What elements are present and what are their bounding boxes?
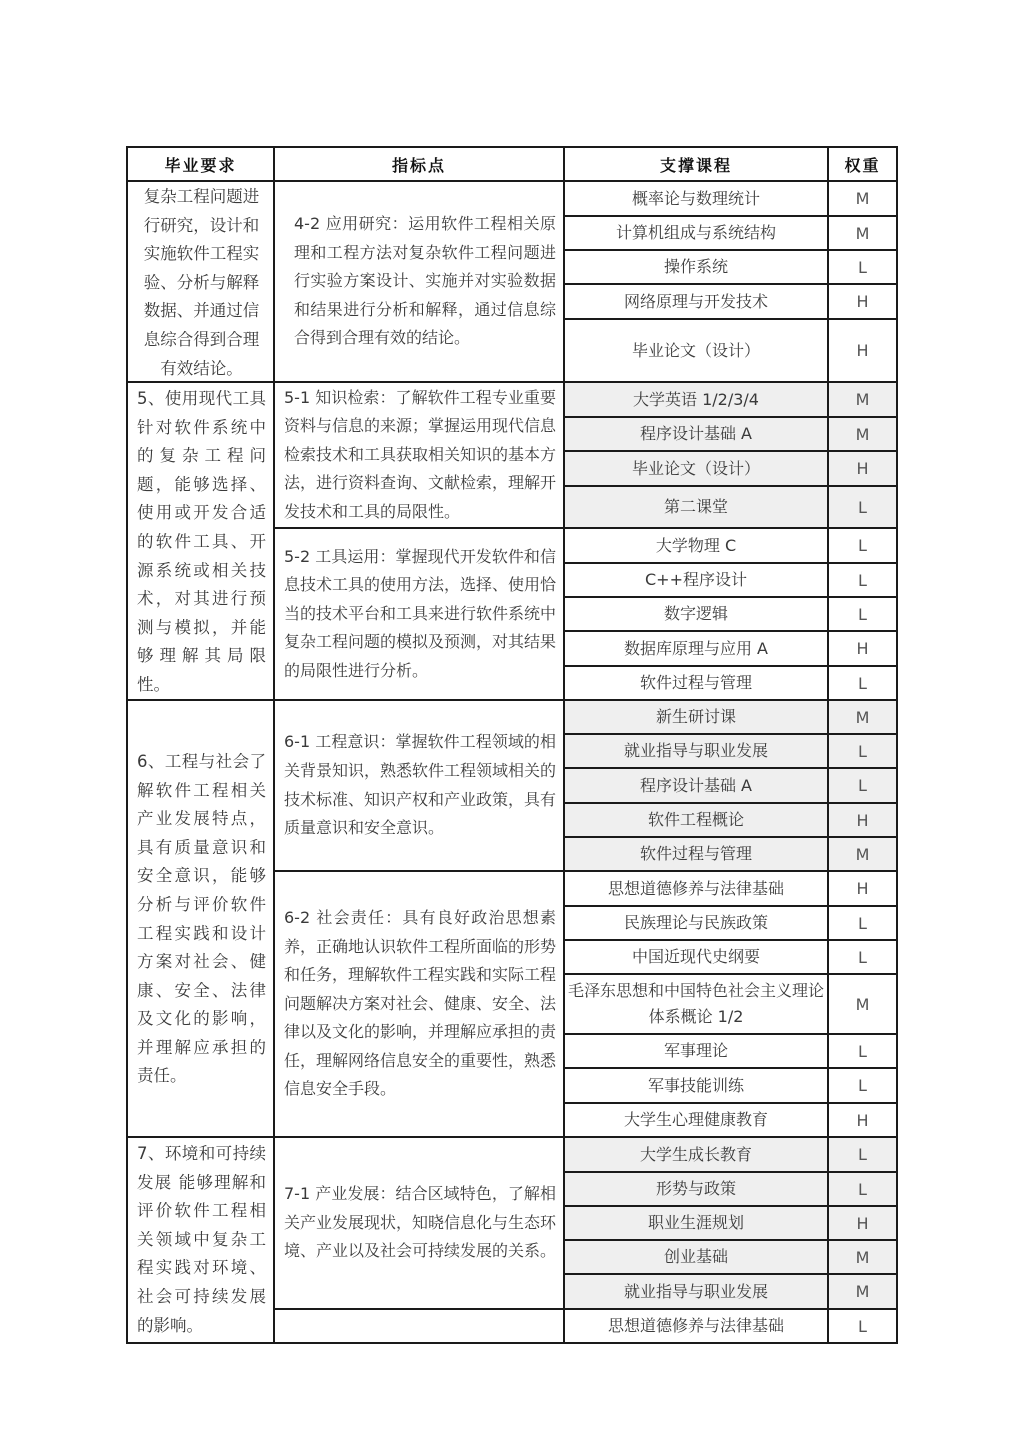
course-cell: 数字逻辑: [564, 597, 828, 631]
course-cell: 软件工程概论: [564, 803, 828, 837]
course-cell: 软件过程与管理: [564, 666, 828, 700]
weight-cell: H: [828, 803, 897, 837]
weight-cell: L: [828, 250, 897, 284]
weight-cell: L: [828, 940, 897, 974]
weight-cell: L: [828, 486, 897, 528]
weight-cell: L: [828, 528, 897, 563]
requirement-4: 复杂工程问题进行研究，设计和实施软件工程实验、分析与解释数据、并通过信息综合得到…: [127, 181, 274, 382]
header-weight: 权重: [828, 147, 897, 181]
weight-cell: M: [828, 1274, 897, 1309]
indicator-5-1: 5-1 知识检索：了解软件工程专业重要资料与信息的来源；掌握运用现代信息检索技术…: [274, 382, 564, 528]
weight-cell: L: [828, 1068, 897, 1103]
course-cell: C++程序设计: [564, 563, 828, 597]
requirement-5: 5、使用现代工具针对软件系统中的复杂工程问题，能够选择、使用或开发合适的软件工具…: [127, 382, 274, 700]
course-cell: 毕业论文（设计）: [564, 451, 828, 486]
indicator-6-2: 6-2 社会责任：具有良好政治思想素养，正确地认识软件工程所面临的形势和任务，理…: [274, 871, 564, 1137]
course-cell: 毕业论文（设计）: [564, 319, 828, 382]
header-requirement: 毕业要求: [127, 147, 274, 181]
weight-cell: M: [828, 1240, 897, 1274]
indicator-5-2: 5-2 工具运用：掌握现代开发软件和信息技术工具的使用方法，选择、使用恰当的技术…: [274, 528, 564, 700]
weight-cell: L: [828, 597, 897, 631]
weight-cell: M: [828, 837, 897, 871]
indicator-empty: [274, 1309, 564, 1343]
course-cell: 数据库原理与应用 A: [564, 631, 828, 666]
weight-cell: L: [828, 563, 897, 597]
course-cell: 就业指导与职业发展: [564, 734, 828, 768]
weight-cell: L: [828, 906, 897, 940]
course-cell: 新生研讨课: [564, 700, 828, 734]
course-cell: 大学生心理健康教育: [564, 1103, 828, 1137]
weight-cell: L: [828, 734, 897, 768]
course-cell: 计算机组成与系统结构: [564, 216, 828, 250]
weight-cell: H: [828, 1206, 897, 1240]
course-cell: 毛泽东思想和中国特色社会主义理论体系概论 1/2: [564, 974, 828, 1034]
weight-cell: L: [828, 1137, 897, 1172]
course-cell: 操作系统: [564, 250, 828, 284]
course-cell: 大学生成长教育: [564, 1137, 828, 1172]
course-cell: 大学物理 C: [564, 528, 828, 563]
weight-cell: M: [828, 216, 897, 250]
course-cell: 思想道德修养与法律基础: [564, 1309, 828, 1343]
weight-cell: M: [828, 974, 897, 1034]
course-cell: 形势与政策: [564, 1172, 828, 1206]
indicator-6-1: 6-1 工程意识：掌握软件工程领域的相关背景知识，熟悉软件工程领域相关的技术标准…: [274, 700, 564, 871]
course-cell: 概率论与数理统计: [564, 181, 828, 216]
requirement-6: 6、工程与社会了解软件工程相关产业发展特点，具有质量意识和安全意识，能够分析与评…: [127, 700, 274, 1137]
course-cell: 创业基础: [564, 1240, 828, 1274]
weight-cell: L: [828, 768, 897, 803]
indicator-4-2: 4-2 应用研究：运用软件工程相关原理和工程方法对复杂软件工程问题进行实验方案设…: [274, 181, 564, 382]
weight-cell: M: [828, 382, 897, 417]
course-cell: 就业指导与职业发展: [564, 1274, 828, 1309]
weight-cell: H: [828, 319, 897, 382]
indicator-7-1: 7-1 产业发展：结合区域特色，了解相关产业发展现状，知晓信息化与生态环境、产业…: [274, 1137, 564, 1309]
course-cell: 军事理论: [564, 1034, 828, 1068]
weight-cell: H: [828, 871, 897, 906]
weight-cell: L: [828, 666, 897, 700]
course-cell: 第二课堂: [564, 486, 828, 528]
course-cell: 程序设计基础 A: [564, 768, 828, 803]
header-course: 支撑课程: [564, 147, 828, 181]
course-cell: 程序设计基础 A: [564, 417, 828, 451]
course-cell: 思想道德修养与法律基础: [564, 871, 828, 906]
weight-cell: H: [828, 284, 897, 319]
weight-cell: H: [828, 1103, 897, 1137]
weight-cell: L: [828, 1034, 897, 1068]
weight-cell: M: [828, 700, 897, 734]
course-cell: 软件过程与管理: [564, 837, 828, 871]
course-cell: 民族理论与民族政策: [564, 906, 828, 940]
weight-cell: M: [828, 181, 897, 216]
weight-cell: L: [828, 1309, 897, 1343]
weight-cell: H: [828, 631, 897, 666]
course-cell: 网络原理与开发技术: [564, 284, 828, 319]
header-indicator: 指标点: [274, 147, 564, 181]
weight-cell: H: [828, 451, 897, 486]
weight-cell: L: [828, 1172, 897, 1206]
course-cell: 中国近现代史纲要: [564, 940, 828, 974]
requirement-7: 7、环境和可持续发展 能够理解和评价软件工程相关领域中复杂工程实践对环境、社会可…: [127, 1137, 274, 1343]
course-cell: 职业生涯规划: [564, 1206, 828, 1240]
course-cell: 大学英语 1/2/3/4: [564, 382, 828, 417]
course-cell: 军事技能训练: [564, 1068, 828, 1103]
weight-cell: M: [828, 417, 897, 451]
